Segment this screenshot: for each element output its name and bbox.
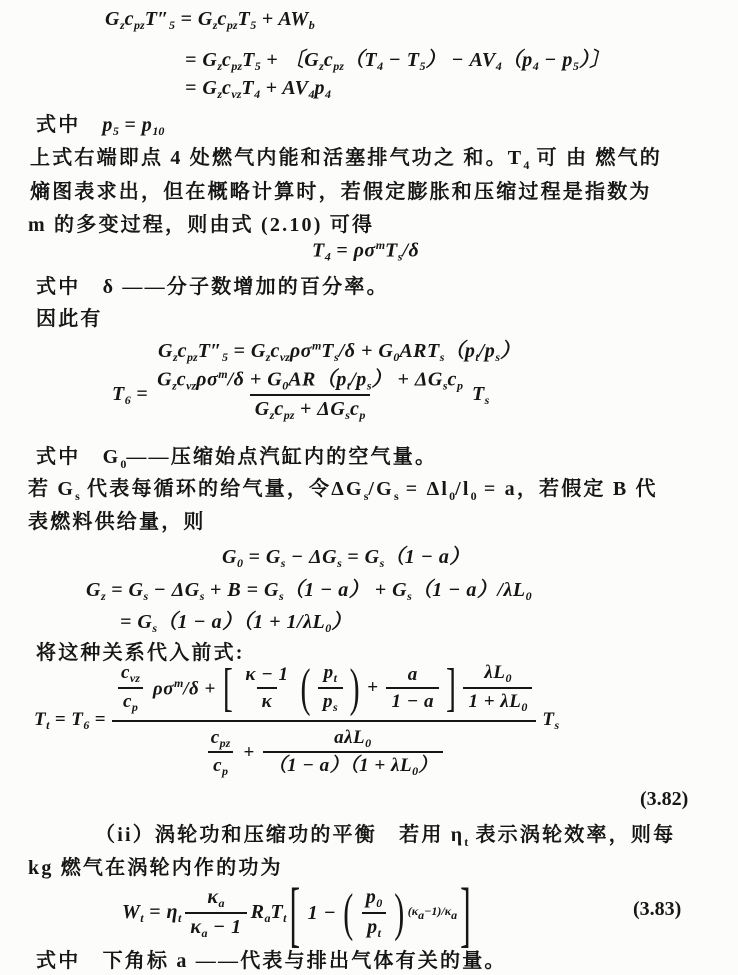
where-value: p5 = p10: [102, 114, 164, 136]
fraction-denominator: Gzcpz + ΔGscp: [250, 394, 371, 423]
equation-gz-line2: = Gs（1 − a）（1 + 1/λL0）: [120, 605, 352, 636]
equation-t6-lhs: T6 =: [112, 383, 148, 408]
where-label: 式中: [36, 114, 80, 136]
fraction-numerator: λL0: [479, 662, 516, 687]
fraction-denominator: cp: [208, 751, 233, 779]
left-bracket: [: [290, 880, 301, 946]
fraction-numerator: a: [403, 664, 423, 687]
right-bracket: ]: [446, 665, 457, 712]
one-minus: 1 −: [308, 902, 337, 925]
body-line: 将这种关系代入前式:: [36, 636, 245, 665]
equation-t6-rhs: Ts: [472, 383, 489, 408]
equation-energy-balance-line1: GzcpzT″5 = GzcpzT5 + AWb: [105, 8, 315, 33]
equation-t4: T4 = ρσmTs/δ: [312, 238, 419, 265]
body-line: m 的多变过程，则由式 (2.10) 可得: [28, 208, 374, 237]
equation-3-82-rhs: Ts: [542, 709, 559, 733]
equation-gz-line1: Gz = Gs − ΔGs + B = Gs（1 − a） + Gs（1 − a…: [86, 573, 532, 604]
plus-sign: +: [243, 742, 254, 764]
fraction-denominator: κ: [257, 687, 278, 713]
right-bracket: ]: [460, 880, 471, 946]
fraction-numerator: aλL0: [329, 727, 376, 752]
body-line: 因此有: [36, 302, 103, 331]
fraction-a-1ma: a 1 − a: [386, 664, 439, 713]
fraction-kappa: κ − 1 κ: [240, 664, 293, 713]
fraction-a-lambda-l0: aλL0 （1 − a）（1 + λL0）: [263, 727, 443, 780]
equation-t6: T6 = Gzcvzρσm/δ + G0AR（pt/ps） + ΔGscp Gz…: [112, 368, 489, 423]
fraction-lambda-l0: λL0 1 + λL0: [463, 662, 532, 715]
equation-3-82-lhs: Tt = T6 =: [34, 709, 106, 733]
big-fraction-bar: [112, 720, 536, 722]
equation-3-83: Wt = ηt κa κa − 1 RaTt [ 1 − ( p0 pt ) (…: [122, 886, 474, 941]
fraction-denominator: κa − 1: [185, 912, 246, 941]
plus-sign: +: [367, 677, 378, 699]
equation-number-383: (3.83): [633, 898, 681, 921]
fraction-denominator: cp: [118, 687, 143, 715]
body-line: 表燃料供给量，则: [28, 505, 206, 534]
where-clause-delta: 式中 δ ——分子数增加的百分率。: [36, 270, 389, 299]
equation-energy-balance-line3: = GzcvzT4 + AV4p4: [185, 77, 331, 102]
equation-3-83-lhs: Wt = ηt: [122, 901, 181, 926]
right-paren: ): [350, 665, 361, 712]
fraction-numerator: cpz: [206, 727, 236, 752]
body-line: 上式右端即点 4 处燃气内能和活塞排气功之 和。T4 可 由 燃气的: [30, 141, 662, 173]
fraction-denominator: 1 − a: [386, 687, 439, 713]
equation-energy-balance-line2: = GzcpzT5 + 〔Gzcpz（T4 − T5） − AV4（p4 − p…: [185, 43, 610, 74]
fraction-numerator: p0: [361, 886, 388, 912]
fraction-denominator: 1 + λL0: [463, 687, 532, 715]
body-line: 若 Gs 代表每循环的给气量，令ΔGs/Gs = Δl0/l0 = a，若假定 …: [28, 472, 658, 504]
where-clause-subscript-a: 式中 下角标 a ——代表与排出气体有关的量。: [36, 944, 507, 973]
fraction-pt-ps: pt ps: [318, 662, 343, 715]
fraction-kappa-a: κa κa − 1: [185, 886, 246, 941]
fraction-numerator: pt: [319, 662, 342, 687]
fraction-denominator: ps: [318, 687, 343, 715]
equation-3-82-big-fraction: cvz cp ρσm/δ + [ κ − 1 κ ( pt ps ) + a: [112, 662, 536, 779]
equation-3-83-mid: RaTt: [251, 901, 287, 926]
equation-t6-fraction: Gzcvzρσm/δ + G0AR（pt/ps） + ΔGscp Gzcpz +…: [152, 368, 468, 423]
fraction-numerator: cvz: [116, 662, 145, 687]
fraction-numerator: Gzcvzρσm/δ + G0AR（pt/ps） + ΔGscp: [152, 368, 468, 394]
exponent: (κa−1)/κa: [408, 904, 457, 923]
equation-t5pp: GzcpzT″5 = GzcvzρσmTs/δ + G0ARTs（pt/ps）: [158, 334, 520, 365]
left-paren: (: [300, 665, 311, 712]
fraction-p0-pt: p0 pt: [361, 886, 388, 941]
body-line: 熵图表求出，但在概略计算时，若假定膨胀和压缩过程是指数为: [30, 175, 652, 204]
body-line: （ii）涡轮功和压缩功的平衡 若用 ηt 表示涡轮效率，则每: [95, 818, 675, 850]
big-fraction-denominator: cpz cp + aλL0 （1 − a）（1 + λL0）: [202, 727, 447, 780]
body-line: kg 燃气在涡轮内作的功为: [28, 851, 283, 880]
equation-3-82: Tt = T6 = cvz cp ρσm/δ + [ κ − 1 κ ( pt …: [34, 662, 559, 779]
fraction-cvz-cp: cvz cp: [116, 662, 145, 715]
left-bracket: [: [223, 665, 234, 712]
right-paren: ): [394, 890, 405, 937]
big-fraction-numerator: cvz cp ρσm/δ + [ κ − 1 κ ( pt ps ) + a: [112, 662, 536, 715]
fraction-denominator: （1 − a）（1 + λL0）: [263, 751, 443, 779]
where-clause-p5: 式中 p5 = p10: [36, 108, 164, 139]
left-paren: (: [343, 890, 354, 937]
fraction-numerator: κa: [202, 886, 229, 912]
equation-number-382: (3.82): [640, 788, 688, 811]
fraction-denominator: pt: [362, 912, 386, 941]
fraction-numerator: κ − 1: [240, 664, 293, 687]
equation-g0: G0 = Gs − ΔGs = Gs（1 − a）: [222, 540, 470, 571]
where-clause-g0: 式中 G0——压缩始点汽缸内的空气量。: [36, 440, 437, 472]
fraction-cpz-cp: cpz cp: [206, 727, 236, 780]
numerator-middle-term: ρσm/δ +: [153, 676, 216, 700]
scanned-book-page: GzcpzT″5 = GzcpzT5 + AWb = GzcpzT5 + 〔Gz…: [0, 0, 738, 975]
